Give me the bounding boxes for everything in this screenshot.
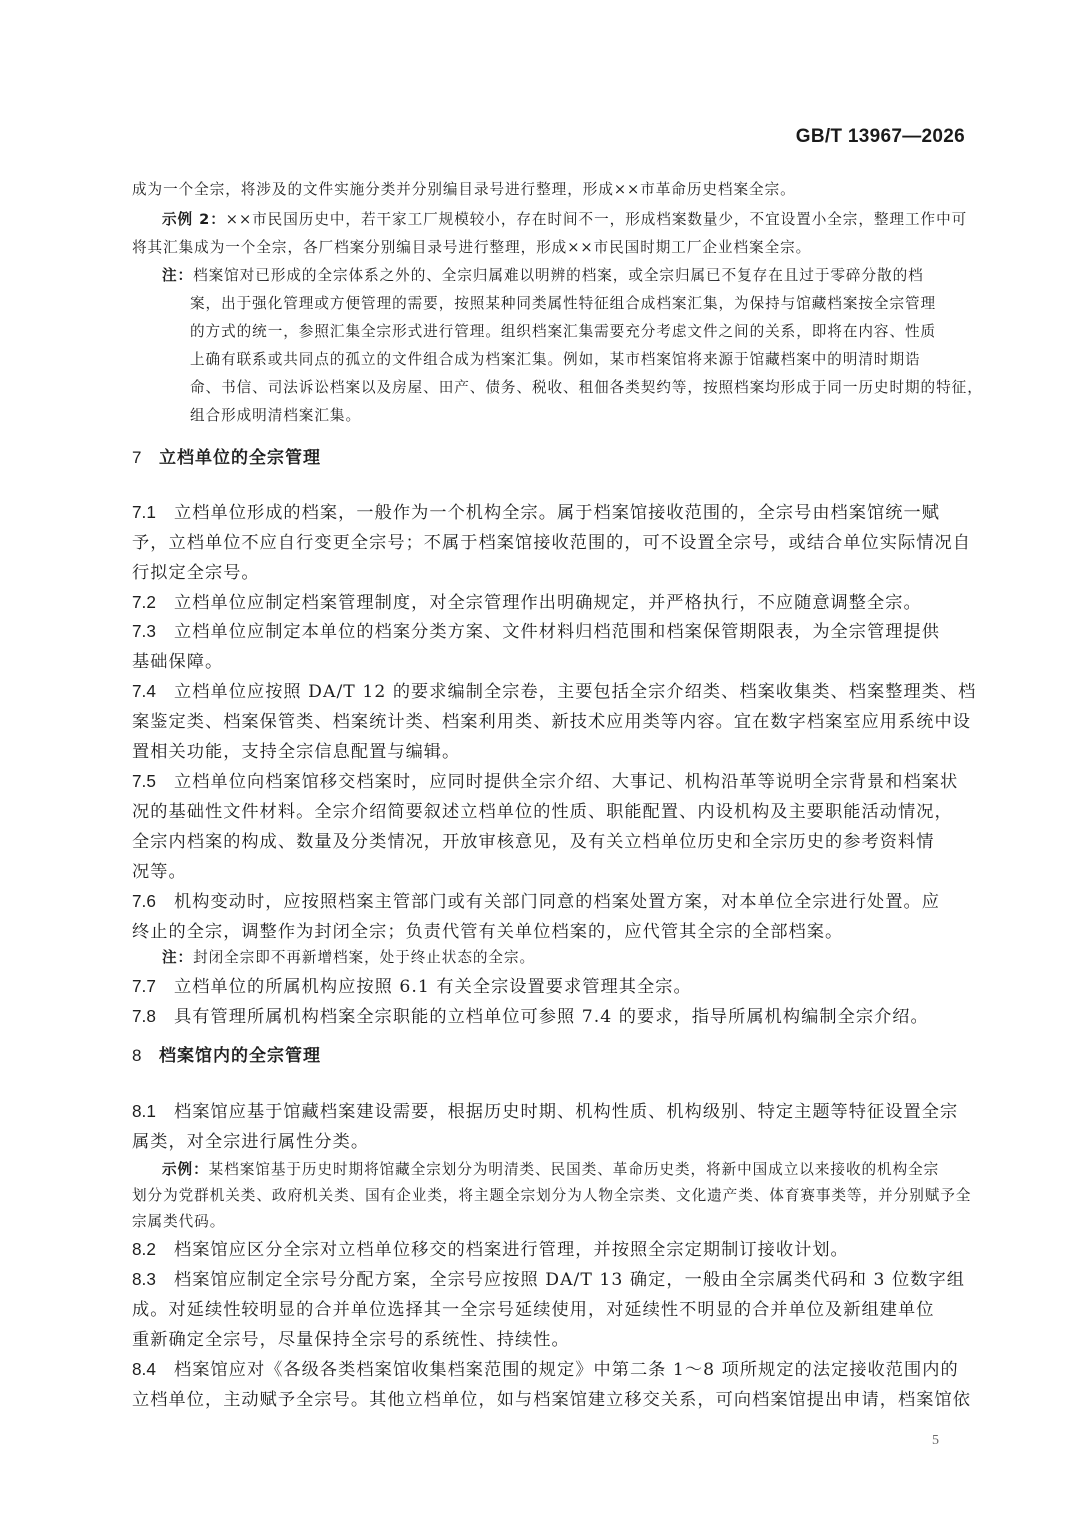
- clause-number: 7.8: [132, 1006, 174, 1027]
- clause-line: 重新确定全宗号，尽量保持全宗号的系统性、持续性。: [132, 1325, 968, 1350]
- clause-7-2: 7.2立档单位应制定档案管理制度，对全宗管理作出明确规定，并严格执行，不应随意调…: [132, 588, 968, 613]
- note-line: 命、书信、司法诉讼档案以及房屋、田产、债务、税收、租佃各类契约等，按照档案均形成…: [190, 376, 1026, 397]
- section-title: 档案馆内的全宗管理: [159, 1046, 321, 1065]
- clause-7-6: 7.6机构变动时，应按照档案主管部门或有关部门同意的档案处置方案，对本单位全宗进…: [132, 887, 968, 912]
- example-text: ××市民国历史中，若干家工厂规模较小，存在时间不一，形成档案数量少，不宜设置小全…: [226, 211, 967, 228]
- page-number: 5: [932, 1433, 939, 1449]
- clause-text: 立档单位应按照 DA/T 12 的要求编制全宗卷，主要包括全宗介绍类、档案收集类…: [174, 682, 976, 702]
- clause-number: 8.1: [132, 1101, 174, 1122]
- clause-text: 立档单位的所属机构应按照 6.1 有关全宗设置要求管理其全宗。: [174, 977, 692, 997]
- clause-7-3: 7.3立档单位应制定本单位的档案分类方案、文件材料归档范围和档案保管期限表，为全…: [132, 617, 968, 642]
- clause-line: 终止的全宗，调整作为封闭全宗；负责代管有关单位档案的，应代管其全宗的全部档案。: [132, 917, 968, 942]
- clause-7-1: 7.1立档单位形成的档案，一般作为一个机构全宗。属于档案馆接收范围的，全宗号由档…: [132, 498, 968, 523]
- example-line: 宗属类代码。: [132, 1210, 968, 1231]
- clause-line: 况的基础性文件材料。全宗介绍简要叙述立档单位的性质、职能配置、内设机构及主要职能…: [132, 797, 968, 822]
- clause-7-4: 7.4立档单位应按照 DA/T 12 的要求编制全宗卷，主要包括全宗介绍类、档案…: [132, 677, 968, 702]
- note-line: 注：档案馆对已形成的全宗体系之外的、全宗归属难以明辨的档案，或全宗归属已不复存在…: [162, 264, 998, 285]
- clause-number: 7.4: [132, 681, 174, 702]
- clause-7-7: 7.7立档单位的所属机构应按照 6.1 有关全宗设置要求管理其全宗。: [132, 972, 968, 997]
- clause-7-8: 7.8具有管理所属机构档案全宗职能的立档单位可参照 7.4 的要求，指导所属机构…: [132, 1002, 968, 1027]
- clause-number: 7.5: [132, 771, 174, 792]
- clause-text: 具有管理所属机构档案全宗职能的立档单位可参照 7.4 的要求，指导所属机构编制全…: [174, 1007, 929, 1027]
- clause-number: 7.3: [132, 621, 174, 642]
- clause-number: 7.2: [132, 592, 174, 613]
- clause-text: 档案馆应制定全宗号分配方案，全宗号应按照 DA/T 13 确定，一般由全宗属类代…: [174, 1270, 965, 1290]
- clause-line: 置相关功能，支持全宗信息配置与编辑。: [132, 737, 968, 762]
- example-label: 示例 2：: [162, 211, 226, 228]
- note-text: 档案馆对已形成的全宗体系之外的、全宗归属难以明辨的档案，或全宗归属已不复存在且过…: [193, 267, 924, 284]
- note-line: 的方式的统一，参照汇集全宗形式进行管理。组织档案汇集需要充分考虑文件之间的关系，…: [190, 320, 1026, 341]
- clause-text: 档案馆应基于馆藏档案建设需要，根据历史时期、机构性质、机构级别、特定主题等特征设…: [174, 1102, 958, 1122]
- clause-line: 予，立档单位不应自行变更全宗号；不属于档案馆接收范围的，可不设置全宗号，或结合单…: [132, 528, 968, 553]
- section-number: 7: [132, 448, 159, 468]
- example-label: 示例：: [162, 1161, 209, 1178]
- clause-line: 全宗内档案的构成、数量及分类情况，开放审核意见，及有关立档单位历史和全宗历史的参…: [132, 827, 968, 852]
- clause-number: 8.2: [132, 1239, 174, 1260]
- example-line: 示例：某档案馆基于历史时期将馆藏全宗划分为明清类、民国类、革命历史类，将新中国成…: [162, 1158, 998, 1179]
- document-page: GB/T 13967—2026 成为一个全宗，将涉及的文件实施分类并分别编目录号…: [0, 0, 1080, 1526]
- clause-line: 案鉴定类、档案保管类、档案统计类、档案利用类、新技术应用类等内容。宜在数字档案室…: [132, 707, 968, 732]
- note-label: 注：: [162, 267, 193, 284]
- clause-8-4: 8.4档案馆应对《各级各类档案馆收集档案范围的规定》中第二条 1～8 项所规定的…: [132, 1355, 968, 1380]
- clause-8-2: 8.2档案馆应区分全宗对立档单位移交的档案进行管理，并按照全宗定期制订接收计划。: [132, 1235, 968, 1260]
- text-line: 将其汇集成为一个全宗，各厂档案分别编目录号进行整理，形成××市民国时期工厂企业档…: [132, 236, 968, 257]
- section-number: 8: [132, 1046, 159, 1066]
- clause-8-3: 8.3档案馆应制定全宗号分配方案，全宗号应按照 DA/T 13 确定，一般由全宗…: [132, 1265, 968, 1290]
- clause-number: 8.3: [132, 1269, 174, 1290]
- clause-7-5: 7.5立档单位向档案馆移交档案时，应同时提供全宗介绍、大事记、机构沿革等说明全宗…: [132, 767, 968, 792]
- clause-text: 档案馆应对《各级各类档案馆收集档案范围的规定》中第二条 1～8 项所规定的法定接…: [174, 1360, 959, 1380]
- example-text: 某档案馆基于历史时期将馆藏全宗划分为明清类、民国类、革命历史类，将新中国成立以来…: [209, 1161, 940, 1178]
- clause-text: 立档单位形成的档案，一般作为一个机构全宗。属于档案馆接收范围的，全宗号由档案馆统…: [174, 503, 940, 523]
- clause-number: 7.7: [132, 976, 174, 997]
- clause-text: 机构变动时，应按照档案主管部门或有关部门同意的档案处置方案，对本单位全宗进行处置…: [174, 892, 940, 912]
- clause-number: 7.1: [132, 502, 174, 523]
- clause-line: 基础保障。: [132, 647, 968, 672]
- clause-line: 况等。: [132, 857, 968, 882]
- clause-8-1: 8.1档案馆应基于馆藏档案建设需要，根据历史时期、机构性质、机构级别、特定主题等…: [132, 1097, 968, 1122]
- clause-line: 行拟定全宗号。: [132, 558, 968, 583]
- standard-code: GB/T 13967—2026: [796, 126, 965, 148]
- clause-text: 立档单位应制定本单位的档案分类方案、文件材料归档范围和档案保管期限表，为全宗管理…: [174, 622, 940, 642]
- clause-text: 立档单位应制定档案管理制度，对全宗管理作出明确规定，并严格执行，不应随意调整全宗…: [174, 593, 922, 613]
- clause-number: 8.4: [132, 1359, 174, 1380]
- example-line: 示例 2：××市民国历史中，若干家工厂规模较小，存在时间不一，形成档案数量少，不…: [162, 208, 998, 229]
- clause-line: 属类，对全宗进行属性分类。: [132, 1127, 968, 1152]
- clause-number: 7.6: [132, 891, 174, 912]
- clause-text: 立档单位向档案馆移交档案时，应同时提供全宗介绍、大事记、机构沿革等说明全宗背景和…: [174, 772, 958, 792]
- example-line: 划分为党群机关类、政府机关类、国有企业类，将主题全宗划分为人物全宗类、文化遗产类…: [132, 1184, 968, 1205]
- text-line: 成为一个全宗，将涉及的文件实施分类并分别编目录号进行整理，形成××市革命历史档案…: [132, 178, 968, 199]
- note-line: 注：封闭全宗即不再新增档案，处于终止状态的全宗。: [162, 946, 998, 967]
- clause-text: 档案馆应区分全宗对立档单位移交的档案进行管理，并按照全宗定期制订接收计划。: [174, 1240, 849, 1260]
- clause-line: 成。对延续性较明显的合并单位选择其一全宗号延续使用，对延续性不明显的合并单位及新…: [132, 1295, 968, 1320]
- note-text: 封闭全宗即不再新增档案，处于终止状态的全宗。: [193, 949, 535, 966]
- section-title: 立档单位的全宗管理: [159, 448, 321, 467]
- note-line: 案，出于强化管理或方便管理的需要，按照某种同类属性特征组合成档案汇集，为保持与馆…: [190, 292, 1026, 313]
- note-line: 上确有联系或共同点的孤立的文件组合成为档案汇集。例如，某市档案馆将来源于馆藏档案…: [190, 348, 1026, 369]
- section-heading-7: 7立档单位的全宗管理: [132, 443, 968, 468]
- note-line: 组合形成明清档案汇集。: [190, 404, 1026, 425]
- note-label: 注：: [162, 949, 193, 966]
- clause-line: 立档单位，主动赋予全宗号。其他立档单位，如与档案馆建立移交关系，可向档案馆提出申…: [132, 1385, 968, 1410]
- section-heading-8: 8档案馆内的全宗管理: [132, 1041, 968, 1066]
